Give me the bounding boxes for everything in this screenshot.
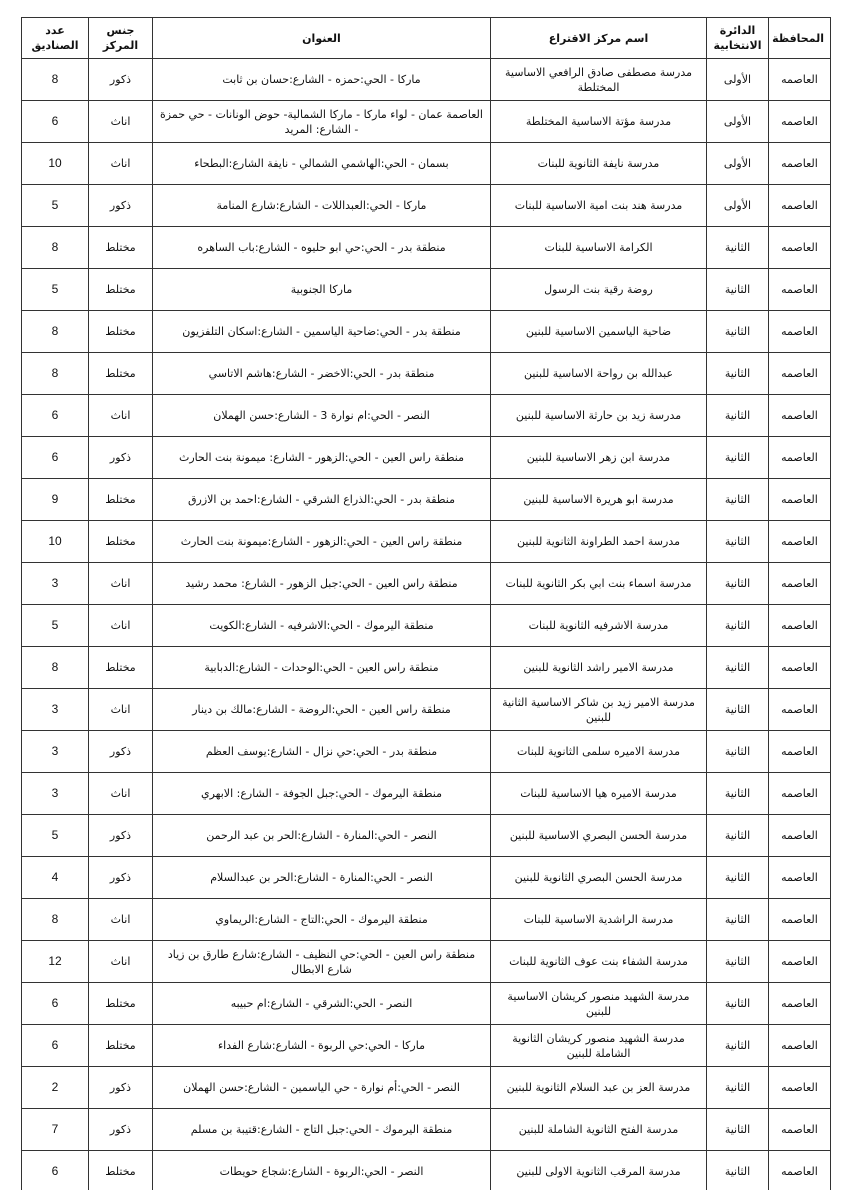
cell-gender: مختلط bbox=[89, 269, 153, 311]
cell-gender: ذكور bbox=[89, 815, 153, 857]
cell-governorate: العاصمه bbox=[769, 269, 831, 311]
cell-governorate: العاصمه bbox=[769, 857, 831, 899]
cell-district: الثانية bbox=[707, 353, 769, 395]
cell-center-name: مدرسة الحسن البصري الثانوية للبنين bbox=[491, 857, 707, 899]
cell-governorate: العاصمه bbox=[769, 227, 831, 269]
cell-address: منطقة بدر - الحي:حي نزال - الشارع:يوسف ا… bbox=[153, 731, 491, 773]
table-row: العاصمهالثانيةمدرسة الحسن البصري الاساسي… bbox=[22, 815, 831, 857]
cell-district: الثانية bbox=[707, 899, 769, 941]
cell-address: منطقة راس العين - الحي:جبل الزهور - الشا… bbox=[153, 563, 491, 605]
cell-gender: اناث bbox=[89, 395, 153, 437]
document-page: المحافظة الدائرة الانتخابية اسم مركز الا… bbox=[21, 17, 830, 1190]
cell-center-name: مدرسة المرقب الثانوية الاولى للبنين bbox=[491, 1151, 707, 1190]
cell-gender: ذكور bbox=[89, 185, 153, 227]
cell-address: بسمان - الحي:الهاشمي الشمالي - نايفة الش… bbox=[153, 143, 491, 185]
cell-gender: ذكور bbox=[89, 437, 153, 479]
cell-address: النصر - الحي:ام نوارة 3 - الشارع:حسن اله… bbox=[153, 395, 491, 437]
cell-gender: مختلط bbox=[89, 647, 153, 689]
cell-center-name: مدرسة مصطفى صادق الرافعي الاساسية المختل… bbox=[491, 59, 707, 101]
cell-governorate: العاصمه bbox=[769, 1025, 831, 1067]
cell-center-name: مدرسة الشهيد منصور كريشان الثانوية الشام… bbox=[491, 1025, 707, 1067]
cell-boxes: 5 bbox=[22, 815, 89, 857]
cell-governorate: العاصمه bbox=[769, 1067, 831, 1109]
cell-center-name: الكرامة الاساسية للبنات bbox=[491, 227, 707, 269]
cell-district: الثانية bbox=[707, 311, 769, 353]
cell-gender: ذكور bbox=[89, 731, 153, 773]
cell-center-name: مدرسة الفتح الثانوية الشاملة للبنين bbox=[491, 1109, 707, 1151]
cell-center-name: مدرسة الاميره هيا الاساسية للبنات bbox=[491, 773, 707, 815]
cell-boxes: 9 bbox=[22, 479, 89, 521]
cell-address: منطقة راس العين - الحي:الزهور - الشارع: … bbox=[153, 437, 491, 479]
header-governorate: المحافظة bbox=[769, 18, 831, 59]
cell-governorate: العاصمه bbox=[769, 731, 831, 773]
cell-gender: مختلط bbox=[89, 521, 153, 563]
cell-center-name: مدرسة العز بن عبد السلام الثانوية للبنين bbox=[491, 1067, 707, 1109]
cell-boxes: 2 bbox=[22, 1067, 89, 1109]
polling-centers-table: المحافظة الدائرة الانتخابية اسم مركز الا… bbox=[21, 17, 831, 1190]
table-row: العاصمهالثانيةمدرسة الاميره هيا الاساسية… bbox=[22, 773, 831, 815]
table-row: العاصمهالثانيةمدرسة الامير راشد الثانوية… bbox=[22, 647, 831, 689]
cell-district: الثانية bbox=[707, 815, 769, 857]
cell-gender: مختلط bbox=[89, 479, 153, 521]
cell-center-name: مدرسة اسماء بنت ابي بكر الثانوية للبنات bbox=[491, 563, 707, 605]
cell-district: الثانية bbox=[707, 941, 769, 983]
table-row: العاصمهالثانيةضاحية الياسمين الاساسية لل… bbox=[22, 311, 831, 353]
cell-governorate: العاصمه bbox=[769, 941, 831, 983]
table-row: العاصمهالثانيةمدرسة الشفاء بنت عوف الثان… bbox=[22, 941, 831, 983]
cell-district: الأولى bbox=[707, 185, 769, 227]
header-boxes: عدد الصناديق bbox=[22, 18, 89, 59]
cell-gender: اناث bbox=[89, 941, 153, 983]
cell-address: منطقة بدر - الحي:ضاحية الياسمين - الشارع… bbox=[153, 311, 491, 353]
cell-governorate: العاصمه bbox=[769, 311, 831, 353]
cell-address: منطقة راس العين - الحي:الوحدات - الشارع:… bbox=[153, 647, 491, 689]
cell-boxes: 6 bbox=[22, 101, 89, 143]
cell-district: الثانية bbox=[707, 1025, 769, 1067]
cell-boxes: 6 bbox=[22, 395, 89, 437]
cell-gender: اناث bbox=[89, 773, 153, 815]
cell-district: الثانية bbox=[707, 269, 769, 311]
cell-center-name: عبدالله بن رواحة الاساسية للبنين bbox=[491, 353, 707, 395]
cell-boxes: 8 bbox=[22, 227, 89, 269]
cell-governorate: العاصمه bbox=[769, 59, 831, 101]
cell-boxes: 5 bbox=[22, 605, 89, 647]
cell-gender: اناث bbox=[89, 689, 153, 731]
cell-boxes: 4 bbox=[22, 857, 89, 899]
cell-address: ماركا - الحي:حي الربوة - الشارع:شارع الف… bbox=[153, 1025, 491, 1067]
cell-district: الثانية bbox=[707, 689, 769, 731]
cell-center-name: مدرسة الشهيد منصور كريشان الاساسية للبني… bbox=[491, 983, 707, 1025]
table-row: العاصمهالثانيةمدرسة العز بن عبد السلام ا… bbox=[22, 1067, 831, 1109]
cell-gender: ذكور bbox=[89, 59, 153, 101]
cell-district: الثانية bbox=[707, 395, 769, 437]
cell-address: منطقة اليرموك - الحي:التاج - الشارع:الري… bbox=[153, 899, 491, 941]
cell-center-name: مدرسة الشفاء بنت عوف الثانوية للبنات bbox=[491, 941, 707, 983]
cell-address: النصر - الحي:المنارة - الشارع:الحر بن عب… bbox=[153, 815, 491, 857]
cell-gender: مختلط bbox=[89, 1025, 153, 1067]
cell-center-name: مدرسة احمد الطراونة الثانوية للبنين bbox=[491, 521, 707, 563]
table-row: العاصمهالثانيةعبدالله بن رواحة الاساسية … bbox=[22, 353, 831, 395]
cell-boxes: 6 bbox=[22, 1025, 89, 1067]
cell-district: الثانية bbox=[707, 479, 769, 521]
cell-gender: ذكور bbox=[89, 1067, 153, 1109]
cell-governorate: العاصمه bbox=[769, 815, 831, 857]
header-district: الدائرة الانتخابية bbox=[707, 18, 769, 59]
cell-center-name: مدرسة الامير راشد الثانوية للبنين bbox=[491, 647, 707, 689]
cell-boxes: 3 bbox=[22, 773, 89, 815]
table-row: العاصمهالثانيةمدرسة اسماء بنت ابي بكر ال… bbox=[22, 563, 831, 605]
cell-district: الثانية bbox=[707, 437, 769, 479]
table-row: العاصمهالثانيةمدرسة الاشرفيه الثانوية لل… bbox=[22, 605, 831, 647]
cell-boxes: 3 bbox=[22, 731, 89, 773]
cell-district: الثانية bbox=[707, 773, 769, 815]
cell-boxes: 3 bbox=[22, 563, 89, 605]
cell-district: الثانية bbox=[707, 563, 769, 605]
cell-boxes: 8 bbox=[22, 59, 89, 101]
cell-gender: مختلط bbox=[89, 311, 153, 353]
header-address: العنوان bbox=[153, 18, 491, 59]
cell-center-name: مدرسة الاشرفيه الثانوية للبنات bbox=[491, 605, 707, 647]
cell-governorate: العاصمه bbox=[769, 185, 831, 227]
cell-address: ماركا الجنوبية bbox=[153, 269, 491, 311]
cell-governorate: العاصمه bbox=[769, 353, 831, 395]
cell-gender: مختلط bbox=[89, 227, 153, 269]
cell-district: الثانية bbox=[707, 521, 769, 563]
cell-gender: مختلط bbox=[89, 983, 153, 1025]
cell-gender: اناث bbox=[89, 563, 153, 605]
cell-boxes: 7 bbox=[22, 1109, 89, 1151]
table-row: العاصمهالثانيةمدرسة الاميره سلمى الثانوي… bbox=[22, 731, 831, 773]
cell-district: الثانية bbox=[707, 1067, 769, 1109]
cell-governorate: العاصمه bbox=[769, 647, 831, 689]
cell-center-name: مدرسة هند بنت امية الاساسية للبنات bbox=[491, 185, 707, 227]
cell-center-name: ضاحية الياسمين الاساسية للبنين bbox=[491, 311, 707, 353]
cell-center-name: مدرسة زيد بن حارثة الاساسية للبنين bbox=[491, 395, 707, 437]
table-row: العاصمهالثانيةمدرسة الشهيد منصور كريشان … bbox=[22, 1025, 831, 1067]
cell-gender: اناث bbox=[89, 899, 153, 941]
cell-boxes: 12 bbox=[22, 941, 89, 983]
cell-boxes: 10 bbox=[22, 143, 89, 185]
header-gender: جنس المركز bbox=[89, 18, 153, 59]
cell-district: الأولى bbox=[707, 101, 769, 143]
table-body: العاصمهالأولىمدرسة مصطفى صادق الرافعي ال… bbox=[22, 59, 831, 1190]
cell-boxes: 5 bbox=[22, 269, 89, 311]
cell-gender: اناث bbox=[89, 605, 153, 647]
cell-address: العاصمة عمان - لواء ماركا - ماركا الشمال… bbox=[153, 101, 491, 143]
table-row: العاصمهالثانيةروضة رقية بنت الرسولماركا … bbox=[22, 269, 831, 311]
cell-address: منطقة راس العين - الحي:الزهور - الشارع:م… bbox=[153, 521, 491, 563]
cell-center-name: مدرسة نايفة الثانوية للبنات bbox=[491, 143, 707, 185]
cell-governorate: العاصمه bbox=[769, 521, 831, 563]
cell-address: منطقة بدر - الحي:الاخضر - الشارع:هاشم ال… bbox=[153, 353, 491, 395]
cell-district: الأولى bbox=[707, 143, 769, 185]
cell-address: منطقة بدر - الحي:الذراع الشرقي - الشارع:… bbox=[153, 479, 491, 521]
cell-governorate: العاصمه bbox=[769, 143, 831, 185]
cell-gender: مختلط bbox=[89, 1151, 153, 1190]
cell-governorate: العاصمه bbox=[769, 437, 831, 479]
cell-boxes: 8 bbox=[22, 647, 89, 689]
cell-gender: مختلط bbox=[89, 353, 153, 395]
cell-address: منطقة اليرموك - الحي:جبل الجوفة - الشارع… bbox=[153, 773, 491, 815]
cell-district: الثانية bbox=[707, 647, 769, 689]
header-center-name: اسم مركز الاقتراع bbox=[491, 18, 707, 59]
cell-gender: اناث bbox=[89, 101, 153, 143]
cell-governorate: العاصمه bbox=[769, 983, 831, 1025]
cell-governorate: العاصمه bbox=[769, 689, 831, 731]
cell-gender: ذكور bbox=[89, 1109, 153, 1151]
cell-address: منطقة اليرموك - الحي:الاشرفيه - الشارع:ا… bbox=[153, 605, 491, 647]
cell-district: الثانية bbox=[707, 1151, 769, 1190]
table-row: العاصمهالثانيةمدرسة الامير زيد بن شاكر ا… bbox=[22, 689, 831, 731]
table-row: العاصمهالثانيةمدرسة الراشدية الاساسية لل… bbox=[22, 899, 831, 941]
cell-district: الثانية bbox=[707, 227, 769, 269]
cell-address: النصر - الحي:الشرقي - الشارع:ام حبيبه bbox=[153, 983, 491, 1025]
cell-boxes: 3 bbox=[22, 689, 89, 731]
cell-governorate: العاصمه bbox=[769, 101, 831, 143]
cell-gender: اناث bbox=[89, 143, 153, 185]
cell-governorate: العاصمه bbox=[769, 563, 831, 605]
cell-center-name: مدرسة ابن زهر الاساسية للبنين bbox=[491, 437, 707, 479]
table-row: العاصمهالثانيةمدرسة المرقب الثانوية الاو… bbox=[22, 1151, 831, 1190]
cell-boxes: 8 bbox=[22, 899, 89, 941]
cell-governorate: العاصمه bbox=[769, 899, 831, 941]
cell-governorate: العاصمه bbox=[769, 1109, 831, 1151]
cell-governorate: العاصمه bbox=[769, 1151, 831, 1190]
cell-district: الثانية bbox=[707, 1109, 769, 1151]
cell-district: الأولى bbox=[707, 59, 769, 101]
table-row: العاصمهالأولىمدرسة هند بنت امية الاساسية… bbox=[22, 185, 831, 227]
cell-center-name: روضة رقية بنت الرسول bbox=[491, 269, 707, 311]
cell-district: الثانية bbox=[707, 983, 769, 1025]
cell-center-name: مدرسة الاميره سلمى الثانوية للبنات bbox=[491, 731, 707, 773]
cell-boxes: 6 bbox=[22, 437, 89, 479]
cell-address: ماركا - الحي:حمزه - الشارع:حسان بن ثابت bbox=[153, 59, 491, 101]
cell-governorate: العاصمه bbox=[769, 479, 831, 521]
cell-address: النصر - الحي:أم نوارة - حي الياسمين - ال… bbox=[153, 1067, 491, 1109]
cell-address: منطقة راس العين - الحي:حي النظيف - الشار… bbox=[153, 941, 491, 983]
table-row: العاصمهالثانيةالكرامة الاساسية للبناتمنط… bbox=[22, 227, 831, 269]
cell-district: الثانية bbox=[707, 857, 769, 899]
cell-boxes: 5 bbox=[22, 185, 89, 227]
table-header-row: المحافظة الدائرة الانتخابية اسم مركز الا… bbox=[22, 18, 831, 59]
cell-address: منطقة اليرموك - الحي:جبل التاج - الشارع:… bbox=[153, 1109, 491, 1151]
cell-district: الثانية bbox=[707, 731, 769, 773]
cell-center-name: مدرسة الحسن البصري الاساسية للبنين bbox=[491, 815, 707, 857]
cell-boxes: 6 bbox=[22, 1151, 89, 1190]
cell-address: النصر - الحي:المنارة - الشارع:الحر بن عب… bbox=[153, 857, 491, 899]
cell-boxes: 6 bbox=[22, 983, 89, 1025]
cell-boxes: 8 bbox=[22, 311, 89, 353]
cell-district: الثانية bbox=[707, 605, 769, 647]
cell-address: منطقة راس العين - الحي:الروضة - الشارع:م… bbox=[153, 689, 491, 731]
cell-address: ماركا - الحي:العبداللات - الشارع:شارع ال… bbox=[153, 185, 491, 227]
table-row: العاصمهالثانيةمدرسة زيد بن حارثة الاساسي… bbox=[22, 395, 831, 437]
cell-boxes: 8 bbox=[22, 353, 89, 395]
cell-governorate: العاصمه bbox=[769, 605, 831, 647]
table-row: العاصمهالأولىمدرسة نايفة الثانوية للبنات… bbox=[22, 143, 831, 185]
cell-address: النصر - الحي:الربوة - الشارع:شجاع حويطات bbox=[153, 1151, 491, 1190]
table-row: العاصمهالثانيةمدرسة الحسن البصري الثانوي… bbox=[22, 857, 831, 899]
cell-center-name: مدرسة الراشدية الاساسية للبنات bbox=[491, 899, 707, 941]
table-row: العاصمهالثانيةمدرسة الشهيد منصور كريشان … bbox=[22, 983, 831, 1025]
cell-center-name: مدرسة الامير زيد بن شاكر الاساسية الثاني… bbox=[491, 689, 707, 731]
cell-gender: ذكور bbox=[89, 857, 153, 899]
cell-address: منطقة بدر - الحي:حي ابو حليوه - الشارع:ب… bbox=[153, 227, 491, 269]
table-row: العاصمهالثانيةمدرسة احمد الطراونة الثانو… bbox=[22, 521, 831, 563]
table-row: العاصمهالثانيةمدرسة الفتح الثانوية الشام… bbox=[22, 1109, 831, 1151]
table-row: العاصمهالثانيةمدرسة ابن زهر الاساسية للب… bbox=[22, 437, 831, 479]
cell-center-name: مدرسة مؤتة الاساسية المختلطة bbox=[491, 101, 707, 143]
cell-governorate: العاصمه bbox=[769, 773, 831, 815]
table-row: العاصمهالثانيةمدرسة ابو هريرة الاساسية ل… bbox=[22, 479, 831, 521]
table-row: العاصمهالأولىمدرسة مؤتة الاساسية المختلط… bbox=[22, 101, 831, 143]
cell-boxes: 10 bbox=[22, 521, 89, 563]
table-row: العاصمهالأولىمدرسة مصطفى صادق الرافعي ال… bbox=[22, 59, 831, 101]
cell-center-name: مدرسة ابو هريرة الاساسية للبنين bbox=[491, 479, 707, 521]
cell-governorate: العاصمه bbox=[769, 395, 831, 437]
